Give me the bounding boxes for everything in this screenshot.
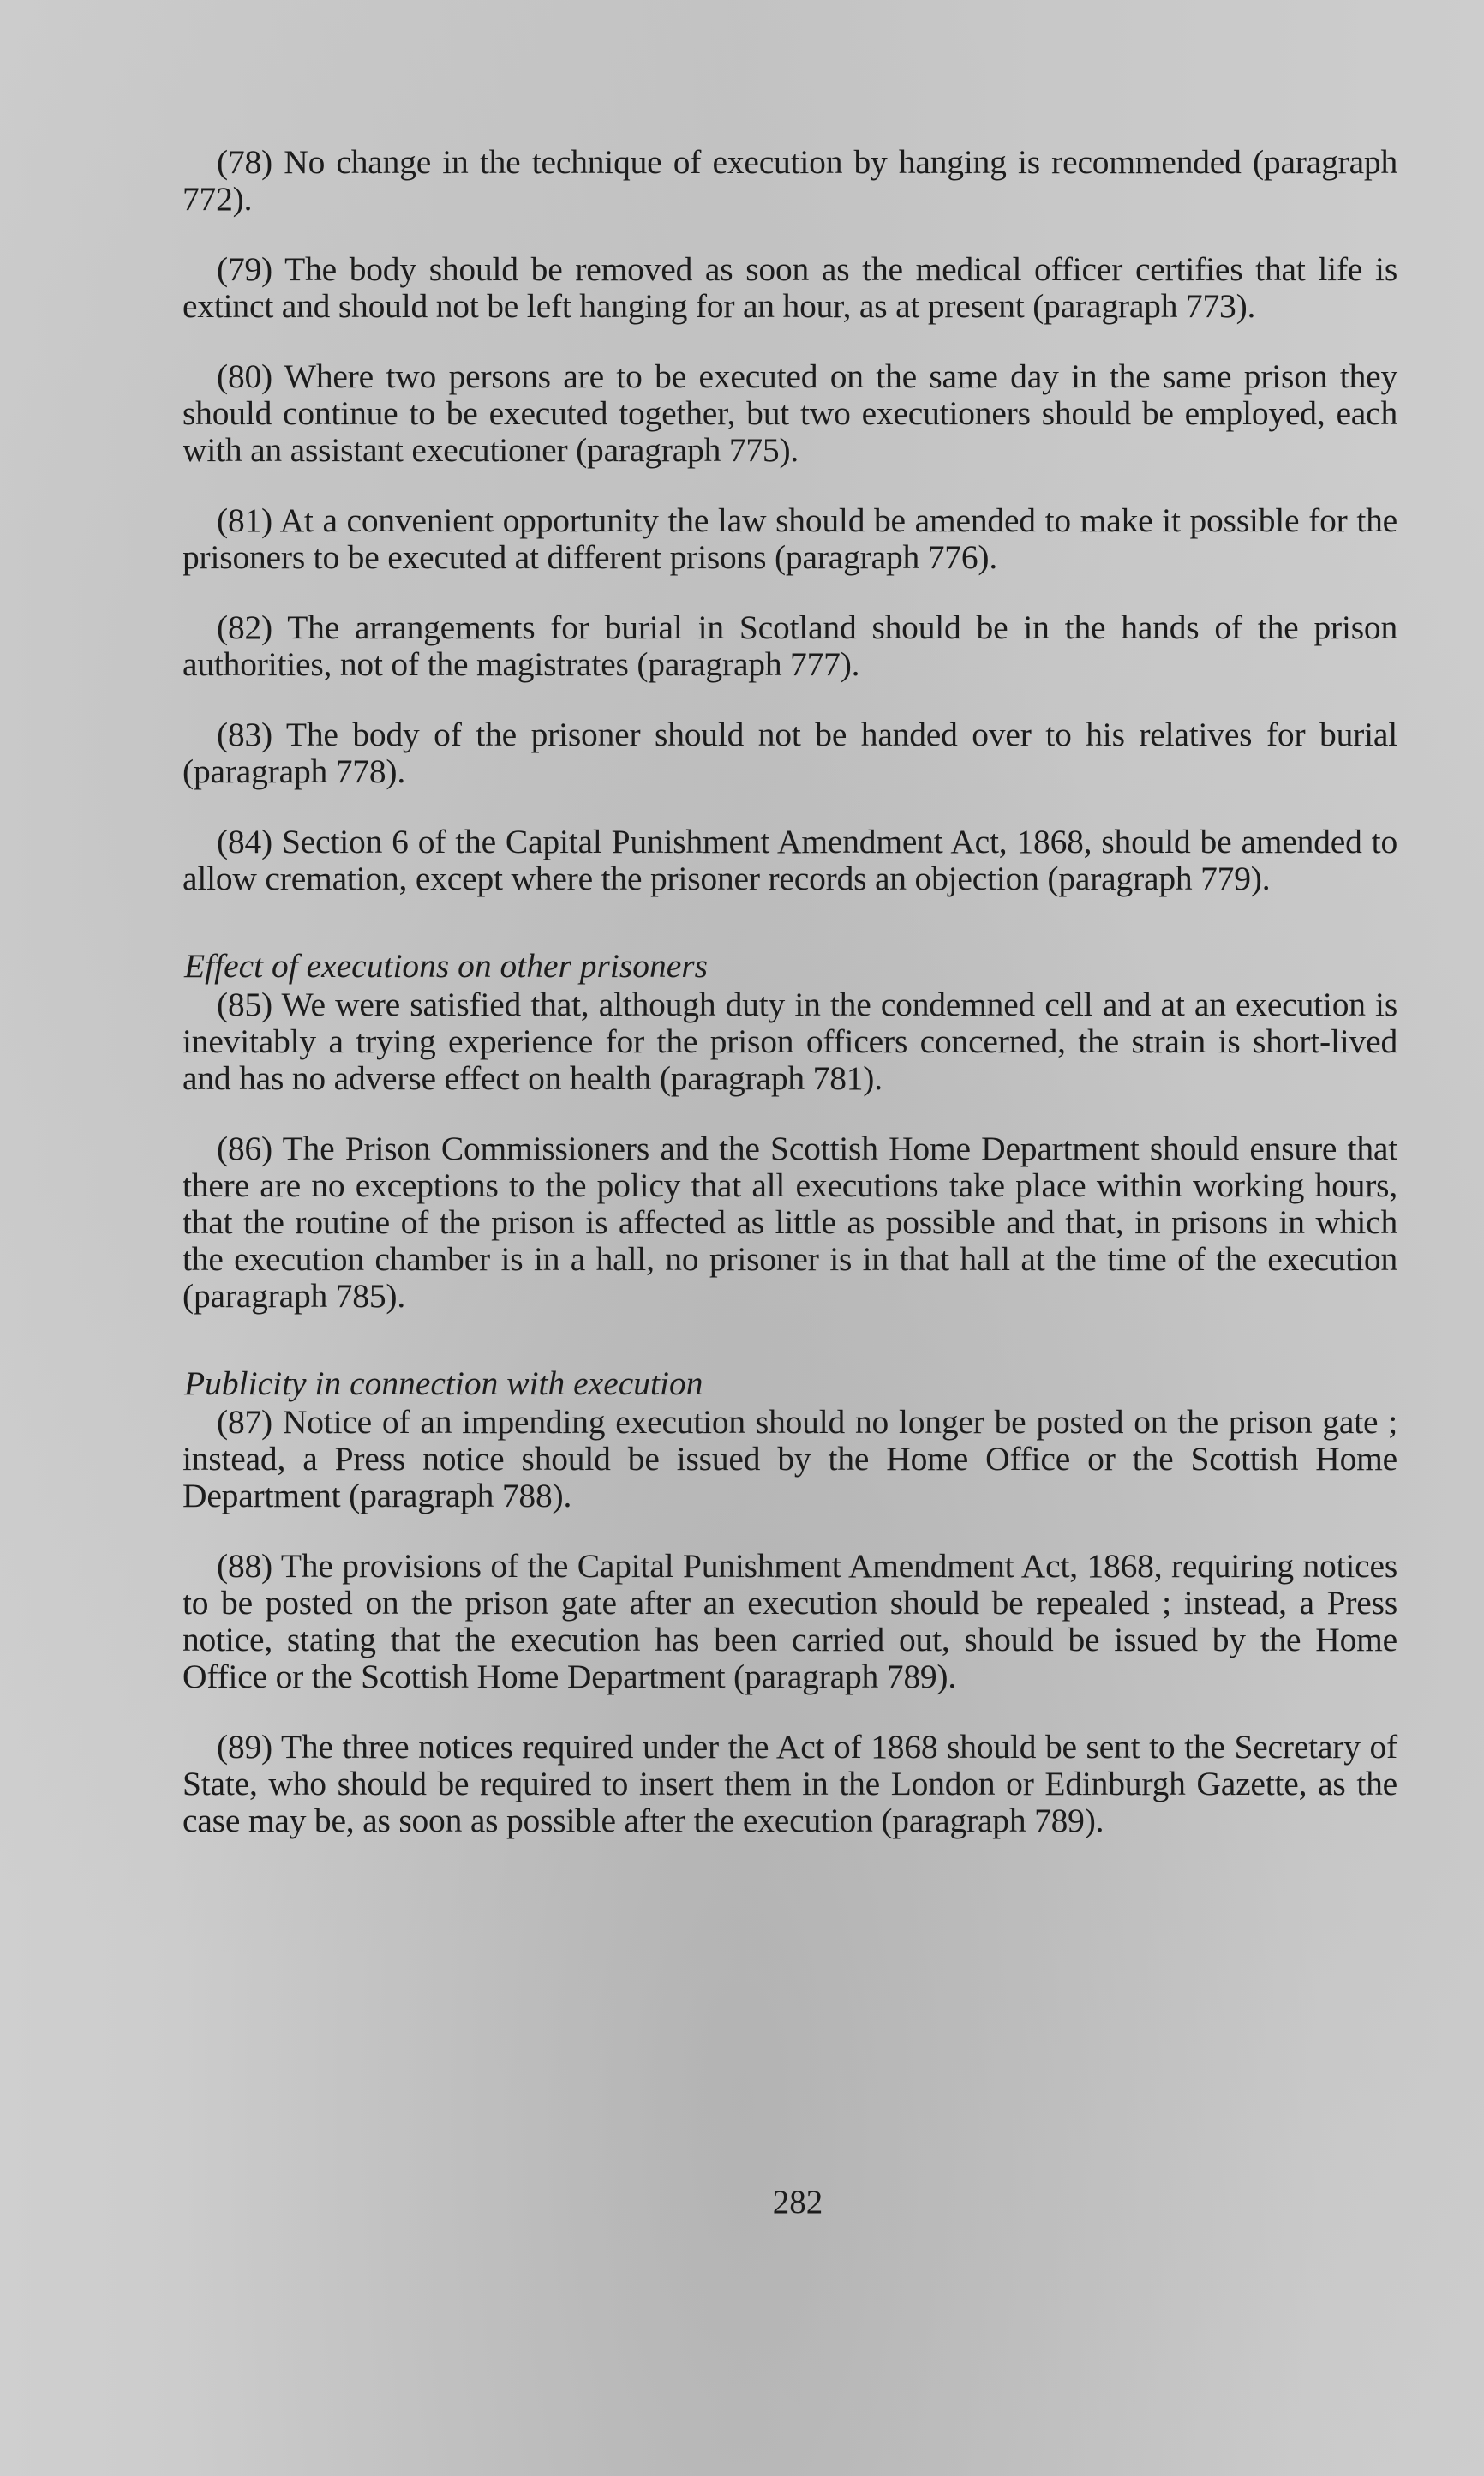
page-number: 282 [0,2183,1484,2221]
section-heading: Publicity in connection with execution [184,1365,1397,1402]
section-heading: Effect of executions on other prisoners [184,948,1397,985]
recommendation-85: (85) We were satisfied that, although du… [183,986,1397,1097]
recommendation-86: (86) The Prison Commissioners and the Sc… [183,1130,1397,1315]
document-page: (78) No change in the technique of execu… [183,144,1397,1873]
section-effect-on-prisoners: Effect of executions on other prisoners … [183,948,1397,1315]
recommendation-82: (82) The arrangements for burial in Scot… [183,609,1397,683]
recommendation-81: (81) At a convenient opportunity the law… [183,502,1397,576]
recommendation-79: (79) The body should be removed as soon … [183,251,1397,325]
recommendation-84: (84) Section 6 of the Capital Punishment… [183,824,1397,897]
recommendation-88: (88) The provisions of the Capital Punis… [183,1548,1397,1695]
recommendation-80: (80) Where two persons are to be execute… [183,358,1397,469]
section-publicity: Publicity in connection with execution (… [183,1365,1397,1839]
recommendation-78: (78) No change in the technique of execu… [183,144,1397,218]
recommendation-89: (89) The three notices required under th… [183,1729,1397,1839]
recommendation-87: (87) Notice of an impending execution sh… [183,1404,1397,1514]
recommendation-83: (83) The body of the prisoner should not… [183,716,1397,790]
